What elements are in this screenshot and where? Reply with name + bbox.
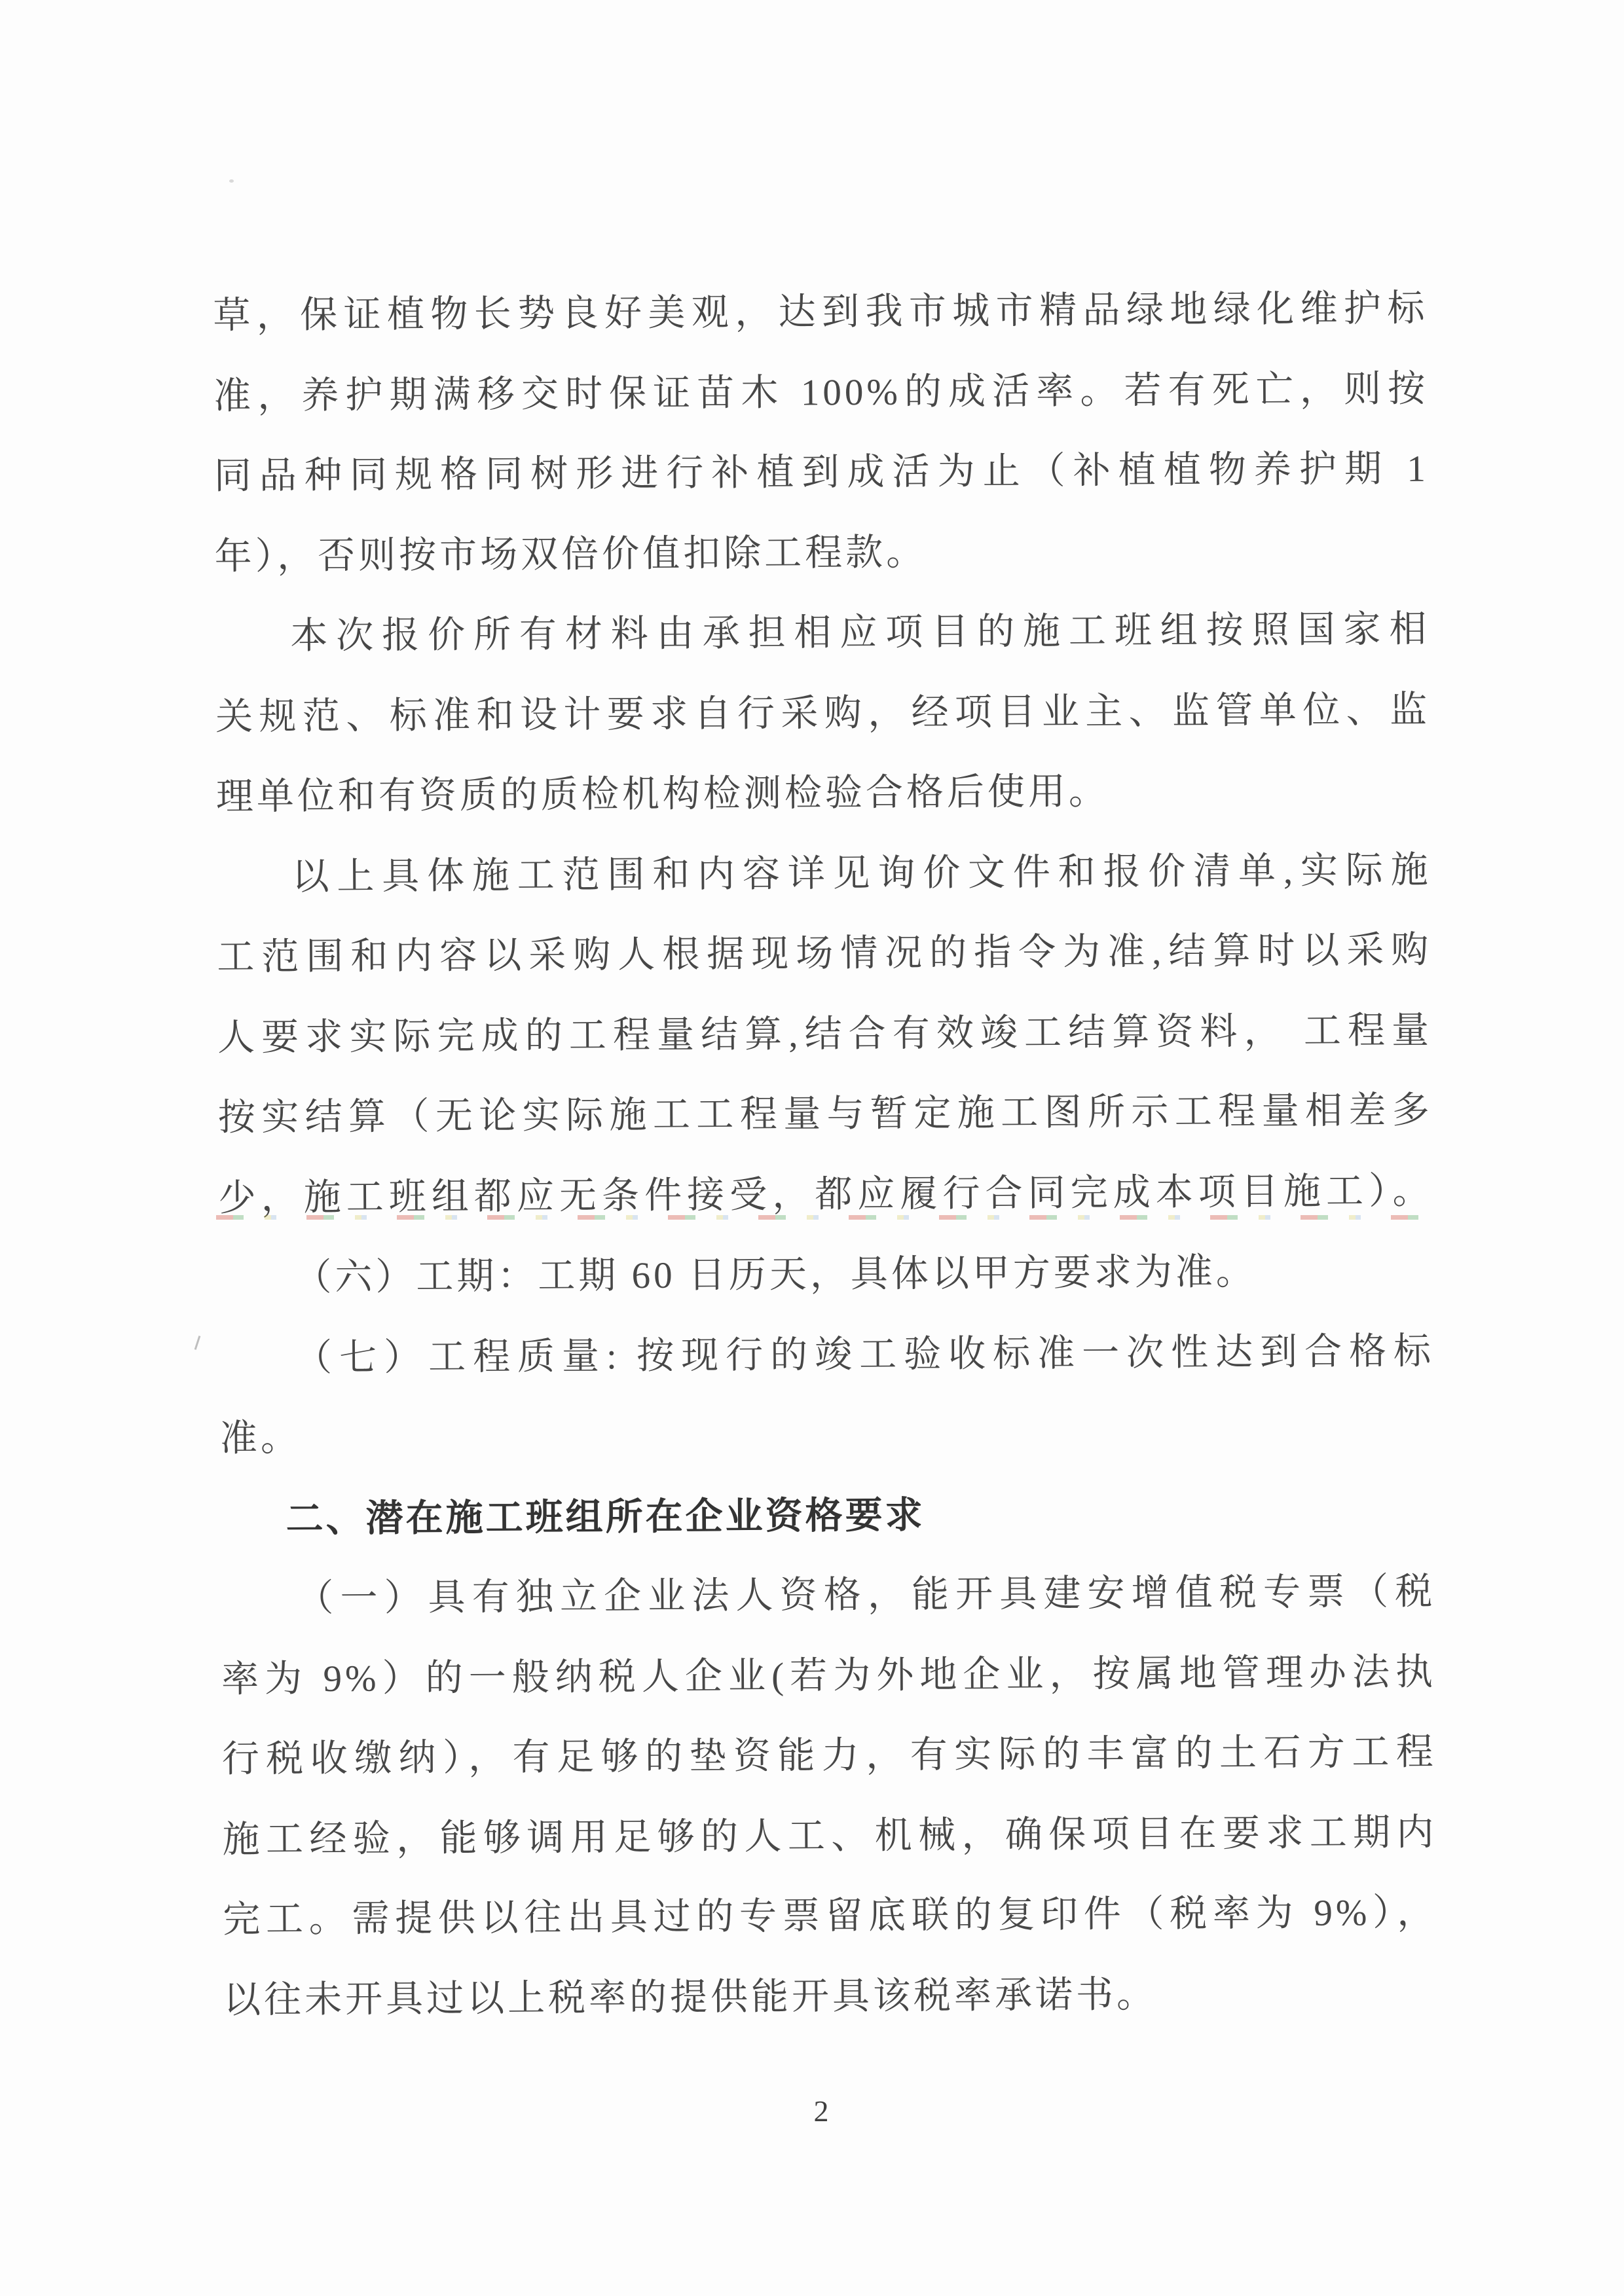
paragraph-line: 工范围和内容以采购人根据现场情况的指令为准,结算时以采购 bbox=[217, 911, 1432, 998]
paragraph-line: 人要求实际完成的工程量结算,结合有效竣工结算资料， 工程量 bbox=[217, 991, 1433, 1078]
paragraph-line: 行税收缴纳），有足够的垫资能力，有实际的丰富的土石方工程 bbox=[221, 1713, 1437, 1800]
page-number: 2 bbox=[0, 2094, 1624, 2128]
scan-artifact-tick bbox=[194, 1336, 201, 1350]
paragraph-line: 按实结算（无论实际施工工程量与暂定施工图所示工程量相差多 bbox=[217, 1071, 1433, 1159]
paragraph-line: （六）工期：工期 60 日历天，具体以甲方要求为准。 bbox=[219, 1231, 1434, 1319]
scan-artifact-color-fringe bbox=[216, 1215, 1424, 1220]
paragraph-line: 少，施工班组都应无条件接受，都应履行合同完成本项目施工）。 bbox=[218, 1151, 1433, 1239]
paragraph-line: （一）具有独立企业法人资格，能开具建安增值税专票（税 bbox=[221, 1552, 1436, 1640]
scan-artifact-speck bbox=[229, 179, 234, 183]
paragraph-line: 率为 9%）的一般纳税人企业(若为外地企业，按属地管理办法执 bbox=[221, 1632, 1437, 1720]
paragraph-line: 草，保证植物长势良好美观，达到我市城市精品绿地绿化维护标 bbox=[213, 269, 1428, 357]
paragraph-line: 完工。需提供以往出具过的专票留底联的复印件（税率为 9%）， bbox=[223, 1873, 1438, 1961]
paragraph-line: 年），否则按市场双倍价值扣除工程款。 bbox=[214, 509, 1430, 597]
paragraph-line: 以往未开具过以上税率的提供能开具该税率承诺书。 bbox=[223, 1953, 1439, 2041]
paragraph-line: 以上具体施工范围和内容详见询价文件和报价清单,实际施 bbox=[216, 830, 1431, 918]
paragraph-line: 准。 bbox=[219, 1392, 1435, 1480]
paragraph-line: 关规范、标准和设计要求自行采购，经项目业主、监管单位、监 bbox=[215, 670, 1431, 757]
paragraph-line: 准，养护期满移交时保证苗木 100%的成活率。若有死亡，则按 bbox=[213, 349, 1429, 437]
paragraph-line: 理单位和有资质的质检机构检测检验合格后使用。 bbox=[215, 750, 1431, 838]
paragraph-line: 同品种同规格同树形进行补植到成活为止（补植植物养护期 1 bbox=[213, 429, 1429, 517]
document-page: 草，保证植物长势良好美观，达到我市城市精品绿地绿化维护标 准，养护期满移交时保证… bbox=[0, 0, 1624, 2296]
paragraph-line: 施工经验，能够调用足够的人工、机械，确保项目在要求工期内 bbox=[222, 1793, 1437, 1880]
paragraph-line: （七）工程质量: 按现行的竣工验收标准一次性达到合格标 bbox=[219, 1311, 1435, 1399]
text-block: 草，保证植物长势良好美观，达到我市城市精品绿地绿化维护标 准，养护期满移交时保证… bbox=[213, 269, 1438, 2041]
section-heading: 二、潜在施工班组所在企业资格要求 bbox=[220, 1472, 1435, 1559]
paragraph-line: 本次报价所有材料由承担相应项目的施工班组按照国家相 bbox=[215, 590, 1430, 678]
